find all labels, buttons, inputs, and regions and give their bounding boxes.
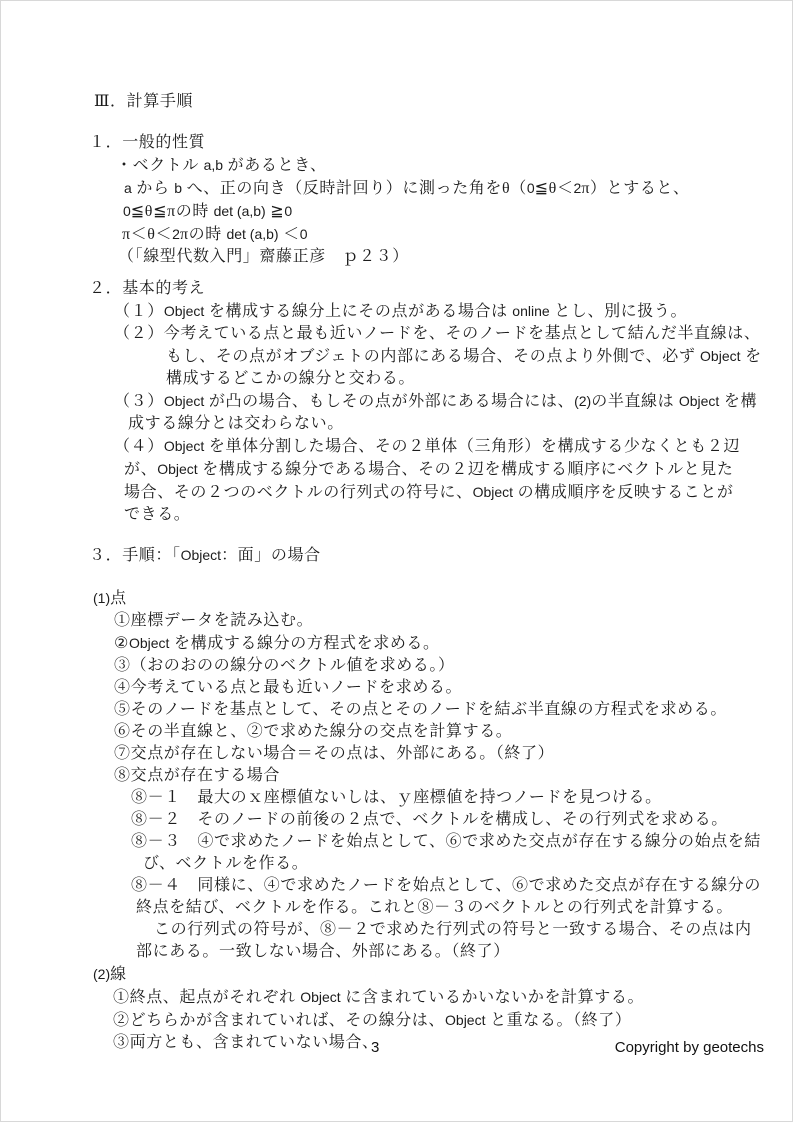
latin-text: Object [164, 303, 204, 319]
latin-text: (2) [574, 393, 591, 409]
document-line: a から b へ、正の向き（反時計回り）に測った角をθ（0≦θ＜2π）とすると、 [1, 177, 792, 200]
latin-text: Object [164, 393, 204, 409]
latin-text: Object [700, 348, 740, 364]
page-title: Ⅲ．計算手順 [1, 91, 792, 113]
section-2-heading: ２．基本的考え [1, 278, 792, 300]
document-line: π＜θ＜2πの時 det (a,b) ＜0 [1, 223, 792, 246]
document-line: び、ベクトルを作る。 [1, 853, 792, 875]
subsection-1-heading: (1)点 [1, 587, 792, 610]
page-number: 3 [371, 1039, 379, 1056]
document-line: ・ベクトル a,b があるとき、 [1, 154, 792, 177]
document-line: ⑧－２ そのノードの前後の２点で、ベクトルを構成し、その行列式を求める。 [1, 809, 792, 831]
latin-text: Object [445, 1012, 485, 1028]
document-line: ⑦交点が存在しない場合＝その点は、外部にある。（終了） [1, 743, 792, 765]
document-line: ①座標データを読み込む。 [1, 610, 792, 632]
document-line: できる。 [1, 504, 792, 526]
latin-text: Object [129, 635, 169, 651]
section-3-heading: ３．手順：「Object：面」の場合 [1, 544, 792, 567]
latin-text: Object [157, 461, 197, 477]
document-line: 場合、その２つのベクトルの行列式の符号に、Object の構成順序を反映すること… [1, 481, 792, 504]
latin-text: (2) [93, 966, 110, 982]
document-line: （３）Object が凸の場合、もしその点が外部にある場合には、(2)の半直線は… [1, 390, 792, 413]
document-line: ②Object を構成する線分の方程式を求める。 [1, 632, 792, 655]
latin-text: online [512, 303, 549, 319]
latin-text: 0 [284, 203, 292, 219]
page: { "colors": { "background": "#ffffff", "… [0, 0, 793, 1122]
document-line: 部にある。一致しない場合、外部にある。（終了） [1, 941, 792, 963]
latin-text: 0 [527, 180, 535, 196]
document-line: （４）Object を単体分割した場合、その２単体（三角形）を構成する少なくとも… [1, 435, 792, 458]
latin-text: Object [164, 438, 204, 454]
latin-text: 0 [123, 203, 131, 219]
document-line: 0≦θ≦πの時 det (a,b) ≧0 [1, 200, 792, 223]
document-line: この行列式の符号が、⑧－２で求めた行列式の符号と一致する場合、その点は内 [1, 919, 792, 941]
latin-text: 2 [574, 180, 582, 196]
latin-text: det (a,b) [214, 203, 266, 219]
latin-text: a [124, 180, 132, 196]
document-line: 成する線分とは交わらない。 [1, 413, 792, 435]
document-line: （「線型代数入門」齋藤正彦 ｐ２３） [1, 246, 792, 268]
latin-text: 2 [172, 226, 180, 242]
latin-text: b [174, 180, 182, 196]
latin-text: a,b [204, 157, 223, 173]
latin-text: (1) [93, 590, 110, 606]
document-line: ①終点、起点がそれぞれ Object に含まれているかいないかを計算する。 [1, 986, 792, 1009]
latin-text: 0 [300, 226, 308, 242]
document-line: ⑧交点が存在する場合 [1, 765, 792, 787]
document-line: ②どちらかが含まれていれば、その線分は、Object と重なる。（終了） [1, 1009, 792, 1032]
document-line: ③（おのおのの線分のベクトル値を求める。） [1, 655, 792, 677]
page-footer: 3 Copyright by geotechs [1, 1039, 792, 1061]
document-line: ④今考えている点と最も近いノードを求める。 [1, 677, 792, 699]
subsection-2-heading: (2)線 [1, 963, 792, 986]
document-body: Ⅲ．計算手順１．一般的性質・ベクトル a,b があるとき、a から b へ、正の… [1, 1, 792, 1054]
copyright-notice: Copyright by geotechs [615, 1039, 764, 1056]
document-line: ⑥その半直線と、②で求めた線分の交点を計算する。 [1, 721, 792, 743]
latin-text: Object [679, 393, 719, 409]
latin-text: Object [300, 989, 340, 1005]
document-line: ⑧－４ 同様に、④で求めたノードを始点として、⑥で求めた交点が存在する線分の [1, 875, 792, 897]
document-line: ⑧－３ ④で求めたノードを始点として、⑥で求めた交点が存在する線分の始点を結 [1, 831, 792, 853]
document-line: が、Object を構成する線分である場合、その２辺を構成する順序にベクトルと見… [1, 458, 792, 481]
document-line: ⑧－１ 最大のｘ座標値ないしは、ｙ座標値を持つノードを見つける。 [1, 787, 792, 809]
document-line: （２）今考えている点と最も近いノードを、そのノードを基点として結んだ半直線は、 [1, 323, 792, 345]
document-line: もし、その点がオブジェトの内部にある場合、その点より外側で、必ず Object … [1, 345, 792, 368]
document-line: （１）Object を構成する線分上にその点がある場合は online とし、別… [1, 300, 792, 323]
latin-text: Object [181, 547, 221, 563]
section-1-heading: １．一般的性質 [1, 132, 792, 154]
document-line: 終点を結び、ベクトルを作る。これと⑧－３のベクトルとの行列式を計算する。 [1, 897, 792, 919]
document-line: 構成するどこかの線分と交わる。 [1, 368, 792, 390]
latin-text: det (a,b) [226, 226, 278, 242]
latin-text: Object [473, 484, 513, 500]
document-line: ⑤そのノードを基点として、その点とそのノードを結ぶ半直線の方程式を求める。 [1, 699, 792, 721]
